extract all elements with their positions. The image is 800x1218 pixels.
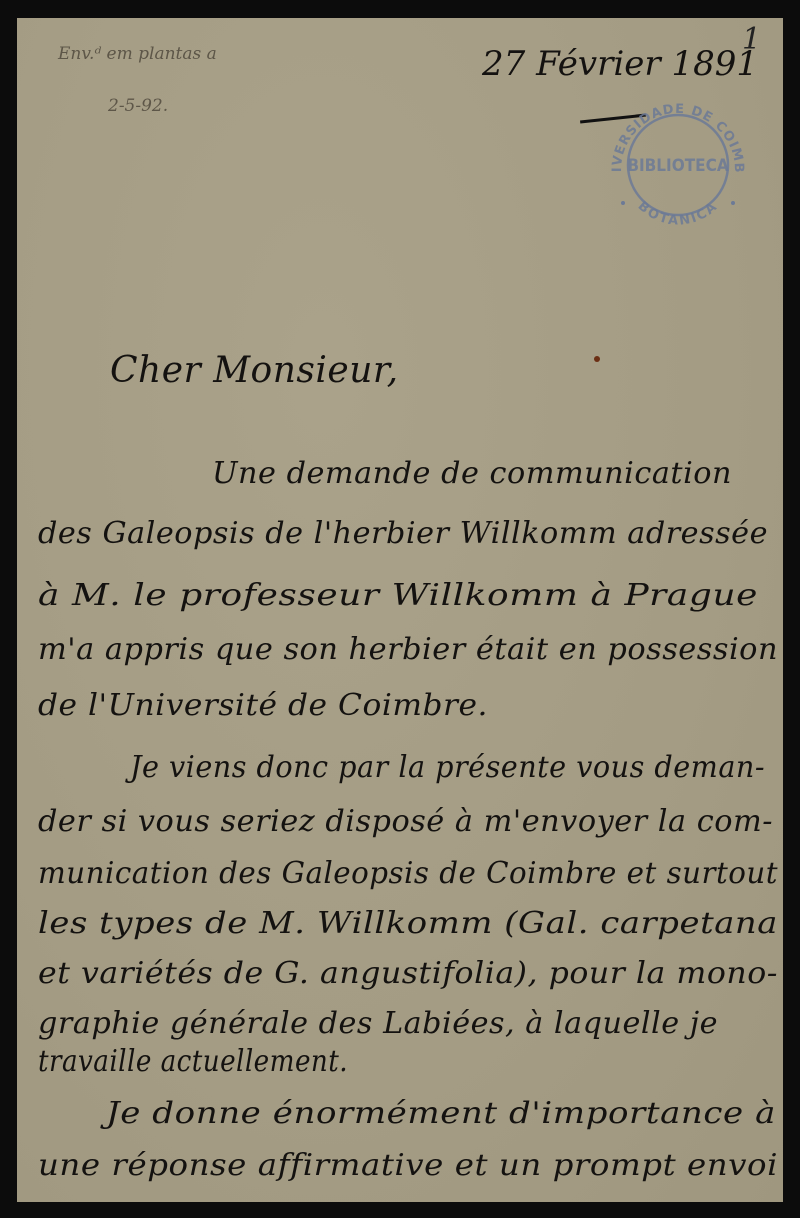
body-line: des Galeopsis de l'herbier Willkomm adre… [38, 516, 768, 551]
body-line: munication des Galeopsis de Coimbre et s… [38, 856, 778, 891]
body-line: m'a appris que son herbier était en poss… [38, 632, 778, 667]
body-line: et variétés de G. angustifolia), pour la… [38, 956, 778, 991]
body-line: une réponse affirmative et un prompt env… [38, 1148, 778, 1183]
pencil-note-line2: 2-5-92. [108, 96, 168, 116]
ink-spot [594, 356, 600, 362]
svg-text:BIBLIOTECA: BIBLIOTECA [627, 156, 729, 176]
letter-date: 27 Février 1891 [482, 44, 758, 84]
body-line: Une demande de communication [212, 456, 732, 491]
svg-text:BOTANICA: BOTANICA [635, 199, 721, 229]
body-line: à M. le professeur Willkomm à Prague [38, 578, 758, 613]
body-line: Je viens donc par la présente vous deman… [130, 750, 765, 785]
body-line: der si vous seriez disposé à m'envoyer l… [38, 804, 773, 839]
library-stamp-icon: UNIVERSIDADE DE COIMBRA BIBLIOTECA BOTAN… [603, 90, 753, 240]
page-number: 1 [742, 22, 761, 57]
body-line: travaille actuellement. [38, 1044, 348, 1079]
body-line: les types de M. Willkomm (Gal. carpetana [38, 906, 778, 941]
body-line: Je donne énormément d'importance à [106, 1096, 776, 1131]
pencil-note-line1: Env.ᵈ em plantas a [58, 44, 217, 64]
salutation: Cher Monsieur, [110, 350, 399, 391]
body-line: graphie générale des Labiées, à laquelle… [38, 1006, 718, 1041]
body-line: de l'Université de Coimbre. [38, 688, 488, 723]
